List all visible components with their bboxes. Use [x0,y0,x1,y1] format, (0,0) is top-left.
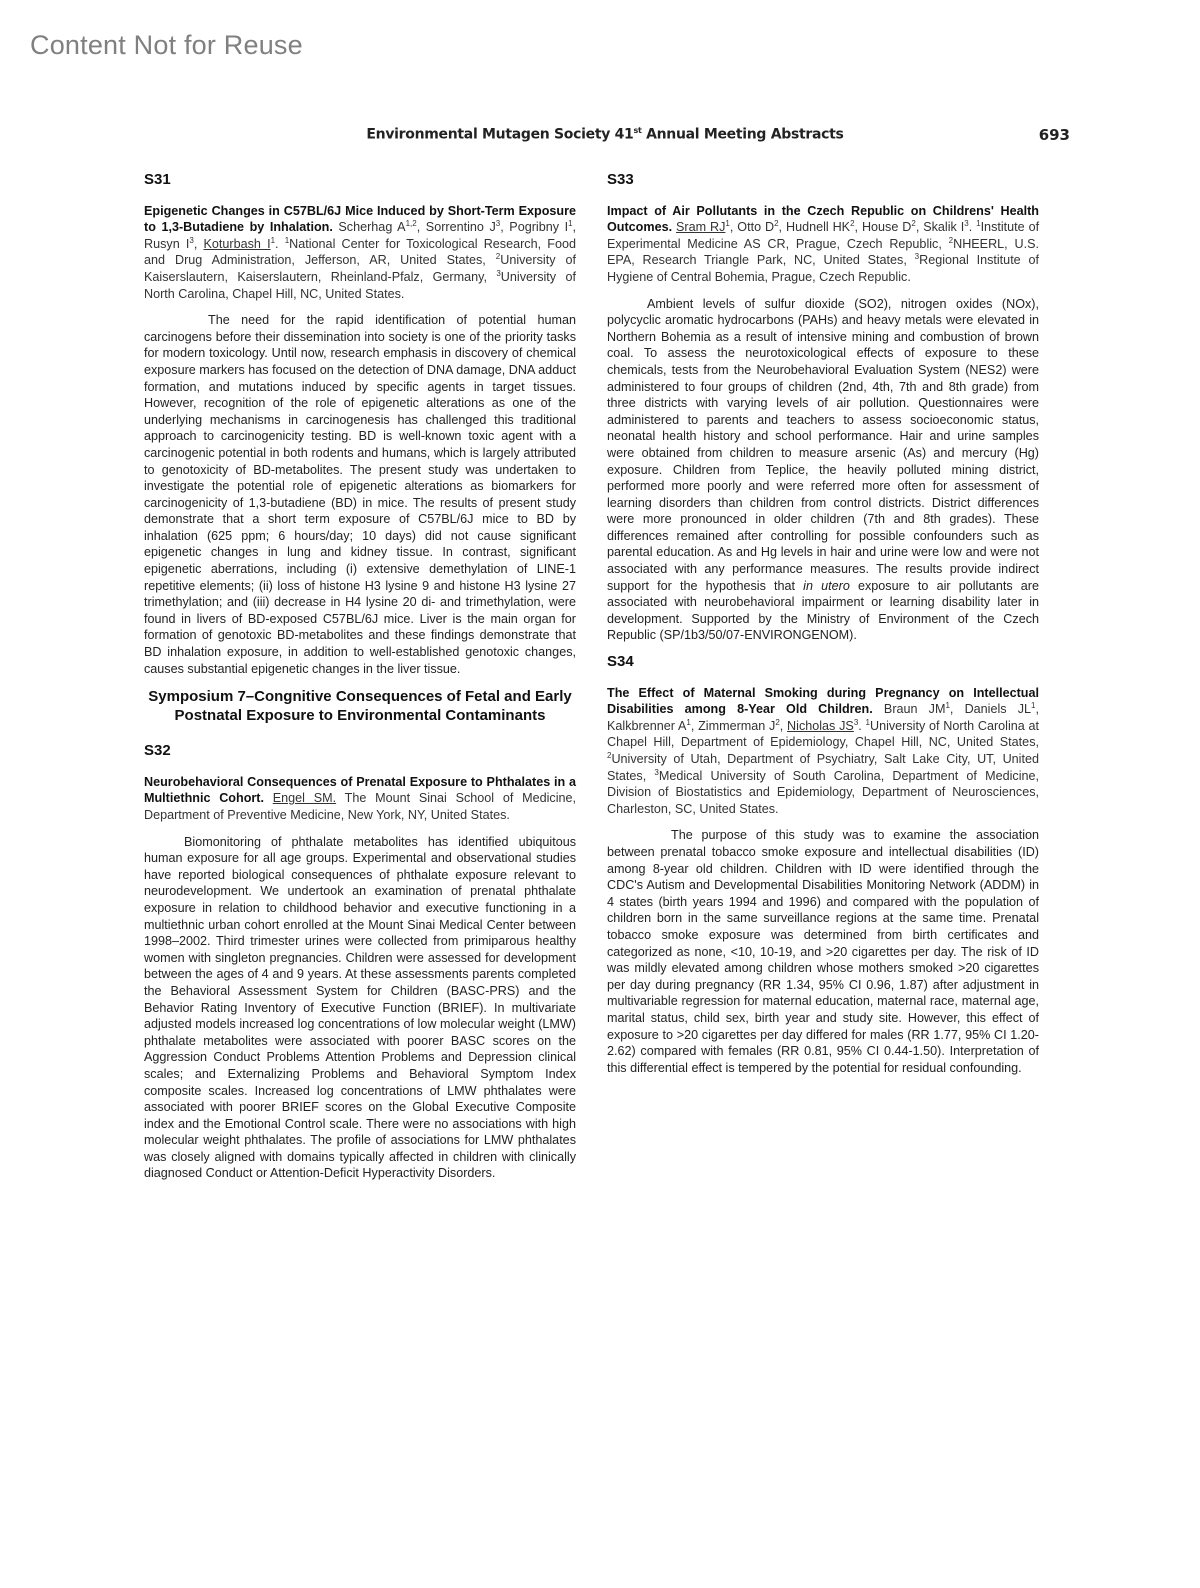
author: Rusyn I3, [144,237,197,251]
abstract-header: Epigenetic Changes in C57BL/6J Mice Indu… [144,203,576,303]
author: Kalkbrenner A1, [607,719,694,733]
abstract-body: Biomonitoring of phthalate metabolites h… [144,834,576,1182]
presenting-author: Koturbash I1. [204,237,279,251]
author: Pogribny I1, [509,220,576,234]
left-column: S31 Epigenetic Changes in C57BL/6J Mice … [144,172,576,1192]
presenting-author: Nicholas JS3. [787,719,862,733]
journal-title-text-end: Annual Meeting Abstracts [642,127,844,143]
abstract-id: S34 [607,654,1039,671]
abstract-id: S32 [144,743,576,760]
author: Daniels JL1, [965,702,1039,716]
abstract-header: Neurobehavioral Consequences of Prenatal… [144,774,576,824]
journal-title: Environmental Mutagen Society 41st Annua… [140,126,1070,143]
abstract-header: The Effect of Maternal Smoking during Pr… [607,685,1039,818]
abstract-body: The need for the rapid identification of… [144,312,576,677]
abstract-s32: S32 Neurobehavioral Consequences of Pren… [144,743,576,1182]
author: Otto D2, [737,220,782,234]
author: Skalik I3. [923,220,972,234]
page-number: 693 [1039,126,1070,144]
abstract-s33: S33 Impact of Air Pollutants in the Czec… [607,172,1039,644]
presenting-author: Engel SM. [273,791,336,805]
abstract-header: Impact of Air Pollutants in the Czech Re… [607,203,1039,286]
abstract-s31: S31 Epigenetic Changes in C57BL/6J Mice … [144,172,576,677]
abstract-body: Ambient levels of sulfur dioxide (SO2), … [607,296,1039,644]
symposium-heading: Symposium 7–Congnitive Consequences of F… [144,687,576,725]
abstract-id: S31 [144,172,576,189]
journal-title-text: Environmental Mutagen Society 41 [366,127,633,143]
author: Sorrentino J3, [426,220,504,234]
abstract-s34: S34 The Effect of Maternal Smoking durin… [607,654,1039,1076]
author: Zimmerman J2, [698,719,783,733]
ordinal-suffix: st [634,126,642,135]
presenting-author: Sram RJ1, [676,220,733,234]
author: House D2, [862,220,919,234]
abstract-id: S33 [607,172,1039,189]
author: Hudnell HK2, [786,220,858,234]
abstract-body: The purpose of this study was to examine… [607,827,1039,1076]
author: Scherhag A1,2, [338,220,420,234]
affiliation: 3Medical University of South Carolina, D… [607,769,1039,816]
author: Braun JM1, [884,702,954,716]
right-column: S33 Impact of Air Pollutants in the Czec… [607,172,1039,1086]
running-head: Environmental Mutagen Society 41st Annua… [140,126,1070,150]
watermark: Content Not for Reuse [30,30,303,61]
